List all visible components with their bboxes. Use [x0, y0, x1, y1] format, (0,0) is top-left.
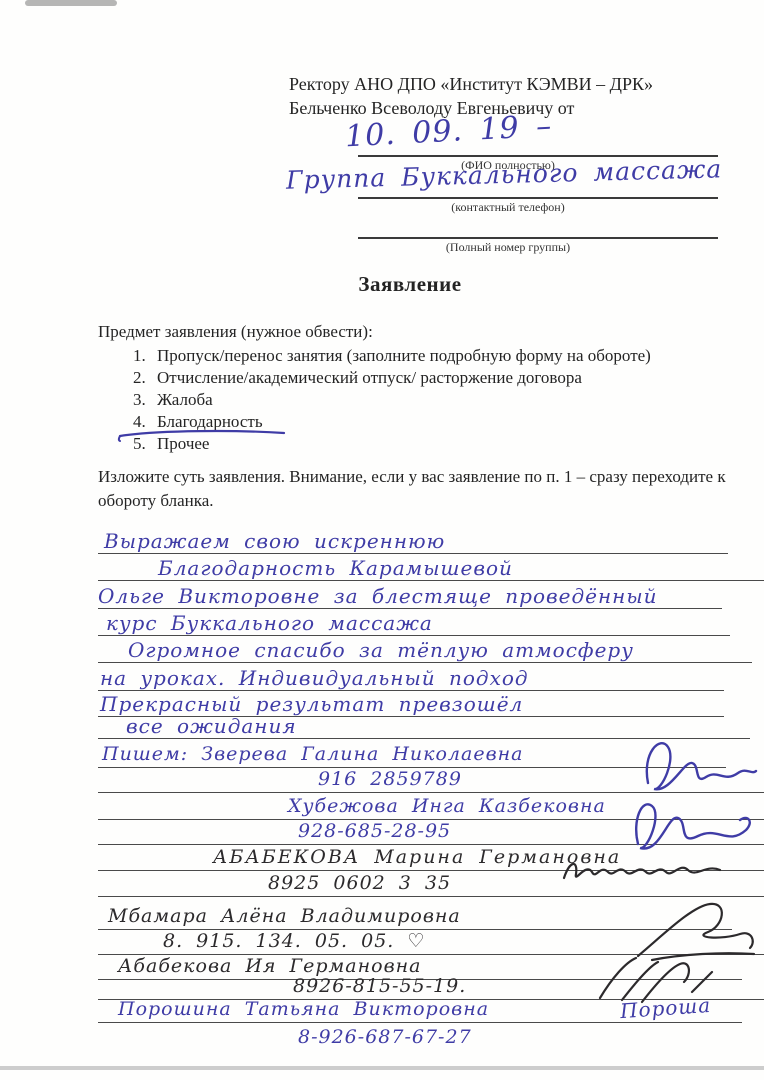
scan-smudge — [25, 0, 117, 6]
instruction-text: Изложите суть заявления. Внимание, если … — [98, 465, 730, 513]
statement-row: Благодарность Карамышевой — [98, 556, 764, 581]
subject-item-2-text: Отчисление/академический отпуск/ расторж… — [157, 368, 582, 387]
pen-underline — [118, 426, 288, 442]
signature-row: Пишем: Зверева Галина Николаевна — [98, 743, 726, 768]
group-number-field-line — [358, 213, 718, 239]
statement-row: Выражаем свою искреннюю — [98, 529, 728, 554]
signature-squiggle-khubezhova — [628, 790, 760, 854]
subject-item-2: 2.Отчисление/академический отпуск/ расто… — [133, 368, 582, 388]
subject-heading: Предмет заявления (нужное обвести): — [98, 322, 373, 342]
statement-row: Ольге Викторовне за блестяще проведённый — [98, 584, 722, 609]
statement-row: на уроках. Индивидуальный подход — [98, 666, 724, 691]
signature-squiggle-zvereva — [640, 733, 760, 795]
statement-row: Огромное спасибо за тёплую атмосферу — [98, 638, 752, 663]
subject-item-3-text: Жалоба — [157, 390, 213, 409]
signature-row: 8-926-687-67-27 — [98, 1026, 764, 1050]
subject-item-1: 1.Пропуск/перенос занятия (заполните под… — [133, 346, 651, 366]
subject-item-1-number: 1. — [133, 346, 157, 366]
subject-item-3: 3.Жалоба — [133, 390, 213, 410]
group-number-field-label: (Полный номер группы) — [358, 240, 658, 255]
document-title: Заявление — [98, 272, 722, 297]
subject-item-2-number: 2. — [133, 368, 157, 388]
subject-item-1-text: Пропуск/перенос занятия (заполните подро… — [157, 346, 651, 365]
subject-item-3-number: 3. — [133, 390, 157, 410]
recipient-line-1: Ректору АНО ДПО «Институт КЭМВИ – ДРК» — [289, 72, 653, 96]
scanned-application-form: Ректору АНО ДПО «Институт КЭМВИ – ДРК» Б… — [0, 0, 764, 1080]
scan-bottom-edge — [0, 1066, 764, 1070]
phone-field-line — [358, 173, 718, 199]
signature-script-ababekova-m — [560, 852, 728, 888]
statement-row: курс Буккального массажа — [98, 611, 730, 636]
fio-field-line — [358, 131, 718, 157]
